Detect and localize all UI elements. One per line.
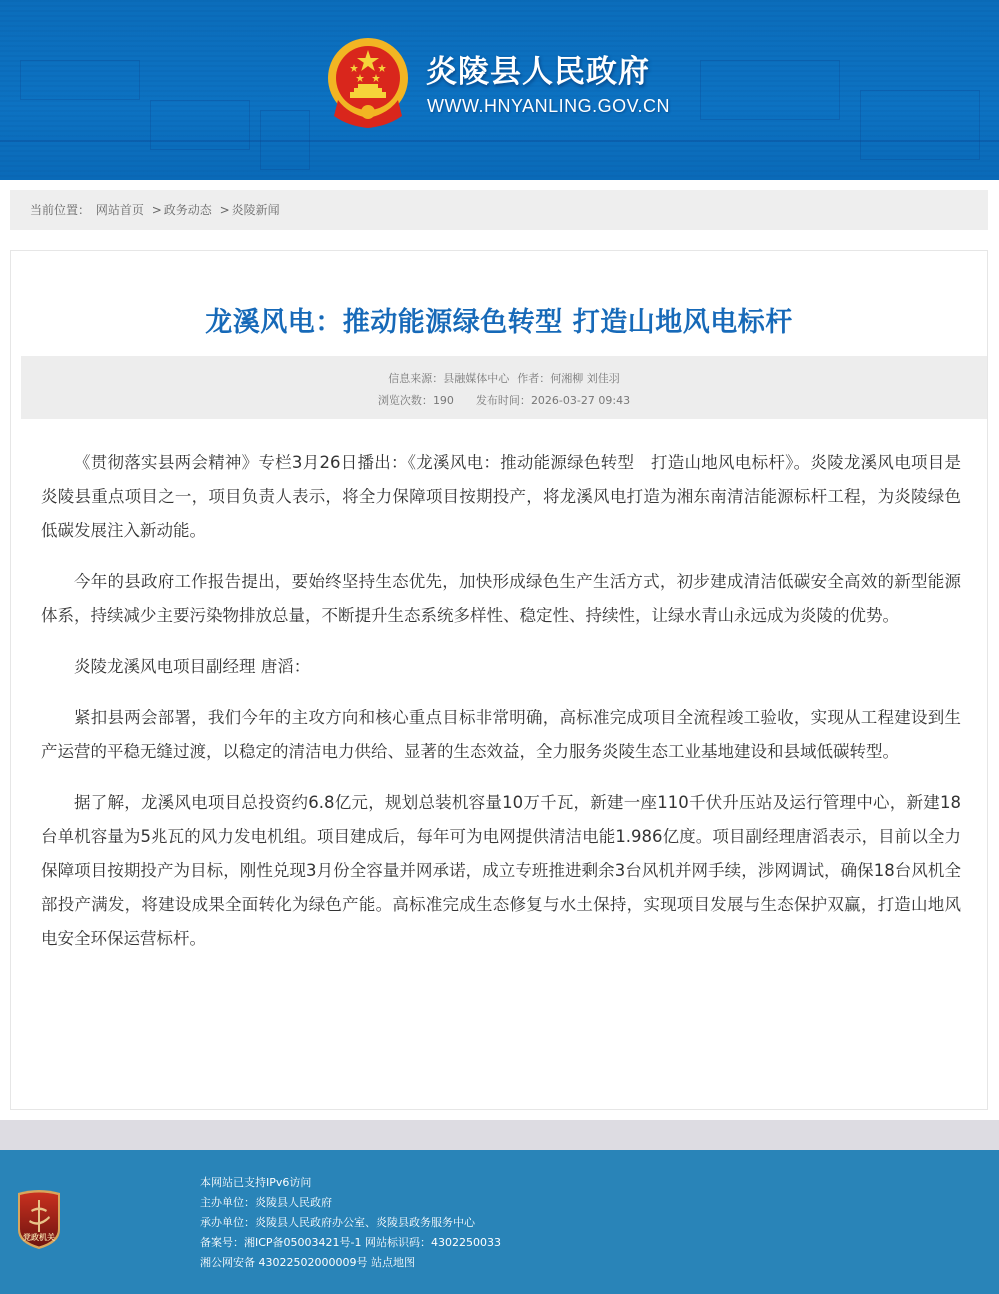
published-time: 2026-03-27 09:43 — [531, 394, 630, 407]
breadcrumb-separator: > — [152, 203, 162, 217]
organizer-info: 承办单位：炎陵县人民政府办公室、炎陵县政务服务中心 — [200, 1213, 501, 1233]
paragraph: 据了解，龙溪风电项目总投资约6.8亿元，规划总装机容量10万千瓦，新建一座110… — [41, 786, 961, 956]
icp-link[interactable]: 备案号：湘ICP备05003421号-1 — [200, 1236, 362, 1249]
meta-row-source: 信息来源：县融媒体中心作者：何湘柳 刘佳羽 — [21, 370, 987, 386]
paragraph: 今年的县政府工作报告提出，要始终坚持生态优先，加快形成绿色生产生活方式，初步建成… — [41, 565, 961, 633]
footer-divider-strip — [0, 1120, 999, 1150]
author-label: 作者： — [517, 372, 550, 385]
article-card: 龙溪风电：推动能源绿色转型 打造山地风电标杆 信息来源：县融媒体中心作者：何湘柳… — [10, 250, 988, 1110]
article-title: 龙溪风电：推动能源绿色转型 打造山地风电标杆 — [11, 300, 987, 339]
published-label: 发布时间： — [476, 394, 531, 407]
article-meta: 信息来源：县融媒体中心作者：何湘柳 刘佳羽 浏览次数：190发布时间：2026-… — [21, 356, 987, 419]
breadcrumb-separator: > — [220, 203, 230, 217]
party-government-badge-icon[interactable]: 党政机关 — [14, 1188, 64, 1250]
paragraph: 紧扣县两会部署，我们今年的主攻方向和核心重点目标非常明确，高标准完成项目全流程竣… — [41, 701, 961, 769]
ipv6-notice: 本网站已支持IPv6访问 — [200, 1173, 501, 1193]
national-emblem-icon[interactable] — [318, 34, 418, 134]
sponsor-info: 主办单位：炎陵县人民政府 — [200, 1193, 501, 1213]
police-link[interactable]: 湘公网安备 43022502000009号 — [200, 1256, 367, 1269]
paragraph: 炎陵龙溪风电项目副经理 唐滔： — [41, 650, 961, 684]
source-label: 信息来源： — [388, 372, 443, 385]
breadcrumb-label: 当前位置： — [30, 203, 90, 217]
meta-row-stats: 浏览次数：190发布时间：2026-03-27 09:43 — [21, 392, 987, 408]
source-value: 县融媒体中心 — [443, 372, 509, 385]
author-value: 何湘柳 刘佳羽 — [550, 372, 620, 385]
breadcrumb-item-home[interactable]: 网站首页 — [96, 203, 144, 217]
paragraph: 《贯彻落实县两会精神》专栏3月26日播出：《龙溪风电：推动能源绿色转型 打造山地… — [41, 446, 961, 548]
registration-info: 备案号：湘ICP备05003421号-1 网站标识码：4302250033 — [200, 1233, 501, 1253]
site-url: WWW.HNYANLING.GOV.CN — [427, 96, 670, 117]
views-label: 浏览次数： — [378, 394, 433, 407]
site-footer: 党政机关 本网站已支持IPv6访问 主办单位：炎陵县人民政府 承办单位：炎陵县人… — [0, 1150, 999, 1294]
breadcrumb: 当前位置： 网站首页 >政务动态 >炎陵新闻 — [10, 190, 988, 230]
footer-info: 本网站已支持IPv6访问 主办单位：炎陵县人民政府 承办单位：炎陵县人民政府办公… — [200, 1173, 501, 1273]
sitemap-link[interactable]: 站点地图 — [371, 1256, 415, 1269]
site-header: 炎陵县人民政府 WWW.HNYANLING.GOV.CN — [0, 0, 999, 180]
police-registration: 湘公网安备 43022502000009号 站点地图 — [200, 1253, 501, 1273]
breadcrumb-item-government-news[interactable]: 政务动态 — [164, 203, 212, 217]
breadcrumb-item-yanling-news[interactable]: 炎陵新闻 — [232, 203, 280, 217]
site-id: 网站标识码：4302250033 — [365, 1236, 501, 1249]
views-count: 190 — [433, 394, 454, 407]
badge-text: 党政机关 — [23, 1232, 55, 1242]
article-body: 《贯彻落实县两会精神》专栏3月26日播出：《龙溪风电：推动能源绿色转型 打造山地… — [41, 446, 961, 973]
site-title: 炎陵县人民政府 — [426, 46, 650, 91]
